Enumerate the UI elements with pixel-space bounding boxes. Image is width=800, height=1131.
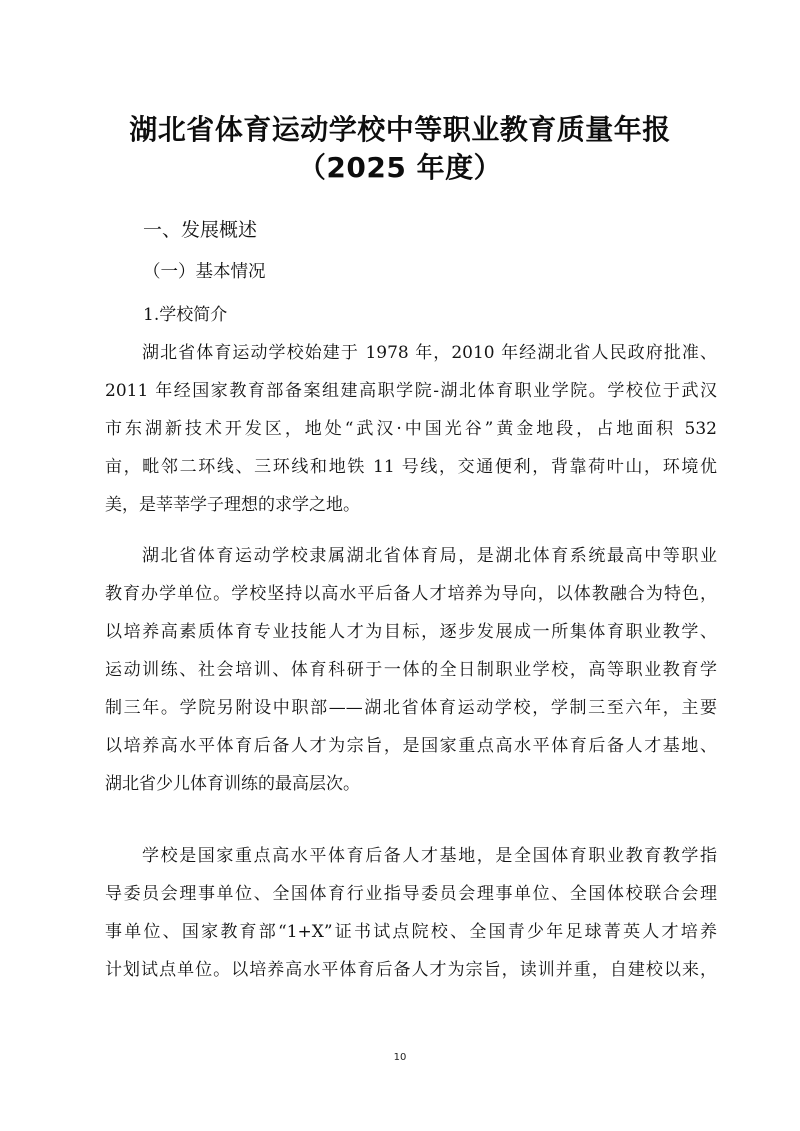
paragraph-line: 美，是莘莘学子理想的求学之地。 [105, 494, 717, 516]
document-page: 湖北省体育运动学校中等职业教育质量年报 （2025 年度） 一、发展概述 （一）… [0, 0, 800, 1131]
paragraph-line: 湖北省体育运动学校隶属湖北省体育局，是湖北体育系统最高中等职业 [142, 545, 717, 567]
paragraph-line: 运动训练、社会培训、体育科研于一体的全日制职业学校，高等职业教育学 [105, 659, 717, 681]
report-title: 湖北省体育运动学校中等职业教育质量年报 [0, 108, 800, 148]
subsection-heading: （一）基本情况 [143, 258, 266, 283]
report-year: （2025 年度） [0, 146, 800, 186]
paragraph-line: 导委员会理事单位、全国体育行业指导委员会理事单位、全国体校联合会理 [105, 883, 717, 905]
paragraph-line: 制三年。学院另附设中职部——湖北省体育运动学校，学制三至六年，主要 [105, 697, 717, 719]
subsubsection-heading: 1.学校简介 [143, 300, 227, 325]
paragraph-line: 2011 年经国家教育部备案组建高职学院-湖北体育职业学院。学校位于武汉 [105, 380, 717, 402]
paragraph-line: 以培养高素质体育专业技能人才为目标，逐步发展成一所集体育职业教学、 [105, 621, 717, 643]
paragraph-line: 湖北省少儿体育训练的最高层次。 [105, 773, 717, 795]
paragraph-line: 学校是国家重点高水平体育后备人才基地，是全国体育职业教育教学指 [142, 845, 717, 867]
paragraph-line: 事单位、国家教育部“1+X”证书试点院校、全国青少年足球菁英人才培养 [105, 921, 717, 943]
paragraph-line: 教育办学单位。学校坚持以高水平后备人才培养为导向，以体教融合为特色， [105, 583, 717, 605]
paragraph-line: 计划试点单位。以培养高水平体育后备人才为宗旨，读训并重，自建校以来， [105, 959, 717, 981]
page-number: 10 [0, 1052, 800, 1063]
section-heading: 一、发展概述 [143, 215, 257, 242]
paragraph-line: 市东湖新技术开发区，地处“武汉·中国光谷”黄金地段，占地面积 532 [105, 418, 717, 440]
paragraph-line: 以培养高水平体育后备人才为宗旨，是国家重点高水平体育后备人才基地、 [105, 735, 717, 757]
paragraph-line: 湖北省体育运动学校始建于 1978 年，2010 年经湖北省人民政府批准、 [142, 342, 717, 364]
paragraph-line: 亩，毗邻二环线、三环线和地铁 11 号线，交通便利，背靠荷叶山，环境优 [105, 456, 717, 478]
